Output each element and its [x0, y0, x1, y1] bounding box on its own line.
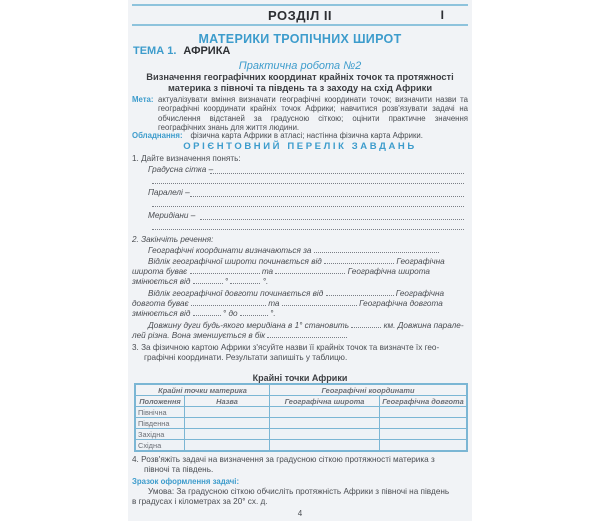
equipment-block: Обладнання:фізична карта Африки в атласі… [132, 131, 468, 140]
col-name: Назва [185, 396, 270, 407]
task-3-line1: 3. За фізичною картою Африки з'ясуйте на… [132, 343, 466, 353]
table-row: Південна [135, 418, 467, 429]
work-title-line2: материка з півночі та південь та з заход… [138, 83, 462, 94]
header-rule-top [132, 4, 468, 6]
equipment-text: фізична карта Африки в атласі; настінна … [191, 131, 423, 140]
cell-name[interactable] [185, 418, 270, 429]
aim-text: актуалізувати вміння визначати географіч… [158, 95, 468, 133]
answer-line-parallels-1[interactable] [190, 196, 464, 197]
task-3-line2: графічні координати. Результати запишіть… [144, 353, 466, 363]
table-row: Західна [135, 429, 467, 440]
blank[interactable] [275, 266, 345, 274]
answer-line-parallels-2[interactable] [152, 206, 464, 207]
extreme-points-table: Крайні точки материка Географічні коорди… [134, 383, 468, 452]
work-title-line1: Визначення географічних координат крайні… [138, 72, 462, 83]
sentence-longitude-range: змінюється від ° до °. [132, 308, 466, 319]
aim-block: Мета: актуалізувати вміння визначати гео… [132, 95, 468, 133]
section-mark: I [441, 8, 444, 22]
blank[interactable] [190, 266, 260, 274]
cell-lat[interactable] [270, 440, 380, 452]
answer-line-meridians-2[interactable] [152, 229, 464, 230]
col-latitude: Географічна широта [270, 396, 380, 407]
cell-name[interactable] [185, 429, 270, 440]
answer-line-grid-2[interactable] [152, 183, 464, 184]
cell-lon[interactable] [380, 418, 468, 429]
sentence-latitude-range: змінюється від ° °. [132, 276, 466, 287]
cell-name[interactable] [185, 440, 270, 452]
blank[interactable] [267, 330, 347, 338]
blank[interactable] [193, 308, 221, 316]
task-1-prompt: 1. Дайте визначення понять: [132, 154, 466, 164]
sample-label: Зразок оформлення задачі: [132, 477, 466, 487]
task-4-line1: 4. Розв'яжіть задачі на визначення за гр… [132, 455, 466, 465]
blank[interactable] [230, 276, 260, 284]
header-rule-bottom [132, 24, 468, 26]
table-title: Крайні точки Африки [128, 373, 472, 383]
theme-name: АФРИКА [183, 45, 230, 57]
sentence-coords: Географічні координати визначаються за [148, 245, 466, 256]
blank[interactable] [191, 298, 266, 306]
practical-work-label: Практична робота №2 [128, 60, 472, 72]
blank[interactable] [240, 308, 268, 316]
task-2-prompt: 2. Закінчіть речення: [132, 235, 466, 245]
cell-lat[interactable] [270, 407, 380, 418]
workbook-page: РОЗДІЛ II I МАТЕРИКИ ТРОПІЧНИХ ШИРОТ ТЕМ… [128, 0, 472, 521]
sentence-parallel-length: лей різна. Вона зменшується в бік [132, 330, 466, 341]
blank[interactable] [324, 256, 394, 264]
sample-line1: Умова: За градусною сіткою обчисліть про… [148, 487, 466, 497]
table-row: Східна [135, 440, 467, 452]
theme-number: ТЕМА 1. [133, 45, 176, 57]
section-title: РОЗДІЛ II [128, 8, 472, 23]
cell-lat[interactable] [270, 418, 380, 429]
blank[interactable] [193, 276, 223, 284]
practical-work-title: Визначення географічних координат крайні… [138, 72, 462, 94]
task-4-line2: півночі та південь. [144, 465, 466, 475]
blank[interactable] [351, 320, 381, 328]
col-position: Положення [135, 396, 185, 407]
answer-line-meridians-1[interactable] [200, 219, 464, 220]
cell-lon[interactable] [380, 440, 468, 452]
tasks-heading: ОРІЄНТОВНИЙ ПЕРЕЛІК ЗАВДАНЬ [128, 141, 472, 152]
equipment-label: Обладнання: [132, 131, 183, 140]
table-group-coords: Географічні координати [270, 384, 468, 396]
theme-heading: ТЕМА 1.АФРИКА [133, 45, 230, 57]
page-number: 4 [128, 509, 472, 518]
aim-label: Мета: [132, 95, 153, 104]
sample-line2: в градусах і кілометрах за 20° сх. д. [132, 497, 466, 507]
cell-lon[interactable] [380, 407, 468, 418]
cell-name[interactable] [185, 407, 270, 418]
blank[interactable] [282, 298, 357, 306]
cell-lat[interactable] [270, 429, 380, 440]
blank[interactable] [314, 245, 439, 253]
cell-lon[interactable] [380, 429, 468, 440]
answer-line-grid-1[interactable] [210, 173, 464, 174]
table-row: Північна [135, 407, 467, 418]
col-longitude: Географічна довгота [380, 396, 468, 407]
chapter-title: МАТЕРИКИ ТРОПІЧНИХ ШИРОТ [128, 32, 472, 46]
table-group-points: Крайні точки материка [135, 384, 270, 396]
blank[interactable] [326, 288, 394, 296]
